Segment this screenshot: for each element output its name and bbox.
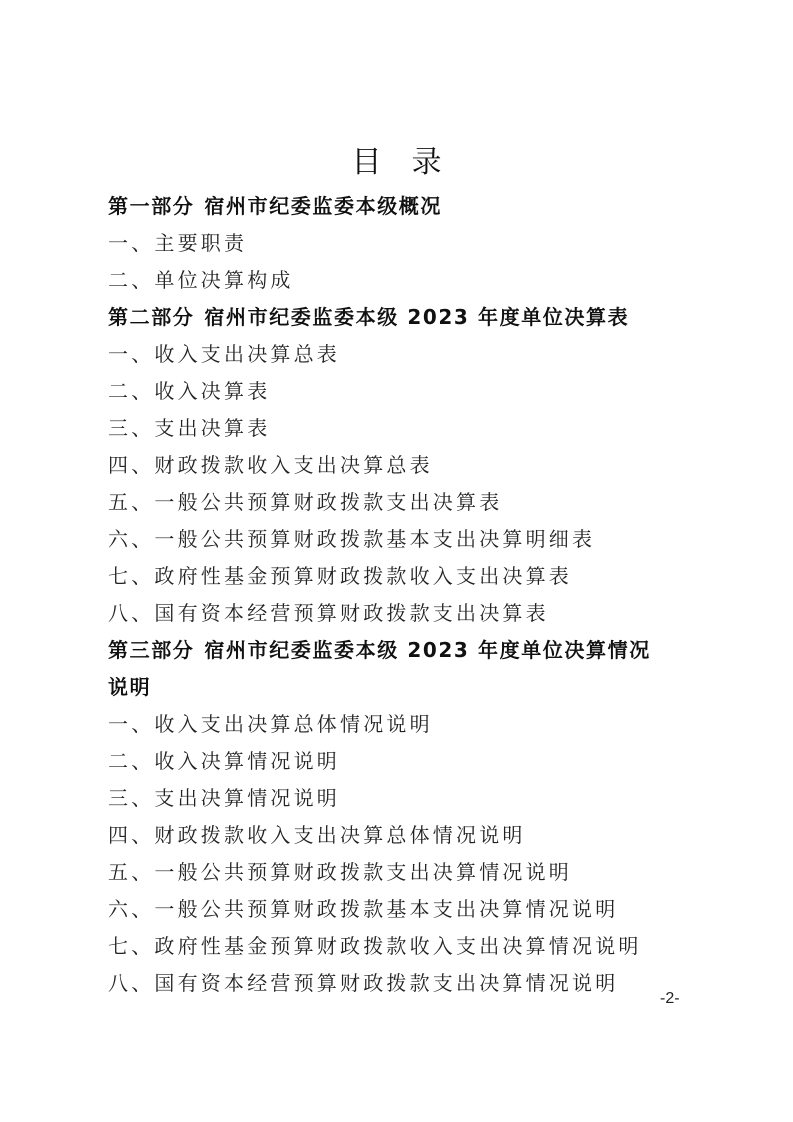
toc-item[interactable]: 一、主要职责 <box>108 225 708 262</box>
toc-item[interactable]: 七、政府性基金预算财政拨款收入支出决算表 <box>108 558 708 595</box>
toc-item[interactable]: 四、财政拨款收入支出决算总体情况说明 <box>108 817 708 854</box>
toc-item[interactable]: 六、一般公共预算财政拨款基本支出决算情况说明 <box>108 891 708 928</box>
part-title: 宿州市纪委监委本级 2023 年度单位决算表 <box>204 305 629 329</box>
toc-item[interactable]: 二、收入决算情况说明 <box>108 743 708 780</box>
document-page: 目录 第一部分宿州市纪委监委本级概况 一、主要职责 二、单位决算构成 第二部分宿… <box>0 0 793 1122</box>
toc-item[interactable]: 六、一般公共预算财政拨款基本支出决算明细表 <box>108 521 708 558</box>
toc-item[interactable]: 三、支出决算情况说明 <box>108 780 708 817</box>
part-label: 第三部分 <box>108 638 194 662</box>
part-label: 第一部分 <box>108 194 194 218</box>
table-of-contents: 第一部分宿州市纪委监委本级概况 一、主要职责 二、单位决算构成 第二部分宿州市纪… <box>108 188 708 1002</box>
toc-item[interactable]: 一、收入支出决算总体情况说明 <box>108 706 708 743</box>
toc-item[interactable]: 七、政府性基金预算财政拨款收入支出决算情况说明 <box>108 928 708 965</box>
toc-part-2-heading[interactable]: 第二部分宿州市纪委监委本级 2023 年度单位决算表 <box>108 299 708 336</box>
toc-item[interactable]: 五、一般公共预算财政拨款支出决算情况说明 <box>108 854 708 891</box>
toc-item[interactable]: 一、收入支出决算总表 <box>108 336 708 373</box>
toc-item[interactable]: 八、国有资本经营预算财政拨款支出决算情况说明 <box>108 965 708 1002</box>
toc-item[interactable]: 四、财政拨款收入支出决算总表 <box>108 447 708 484</box>
toc-part-3-heading-continued[interactable]: 说明 <box>108 669 708 706</box>
part-title: 宿州市纪委监委本级概况 <box>204 194 442 218</box>
toc-item[interactable]: 八、国有资本经营预算财政拨款支出决算表 <box>108 595 708 632</box>
page-number: -2- <box>660 990 680 1008</box>
toc-part-3-heading[interactable]: 第三部分宿州市纪委监委本级 2023 年度单位决算情况 <box>108 632 708 669</box>
toc-item[interactable]: 二、单位决算构成 <box>108 262 708 299</box>
toc-part-1-heading[interactable]: 第一部分宿州市纪委监委本级概况 <box>108 188 708 225</box>
toc-item[interactable]: 三、支出决算表 <box>108 410 708 447</box>
toc-item[interactable]: 五、一般公共预算财政拨款支出决算表 <box>108 484 708 521</box>
part-label: 第二部分 <box>108 305 194 329</box>
toc-item[interactable]: 二、收入决算表 <box>108 373 708 410</box>
part-title: 宿州市纪委监委本级 2023 年度单位决算情况 <box>204 638 650 662</box>
toc-title: 目录 <box>0 140 793 186</box>
